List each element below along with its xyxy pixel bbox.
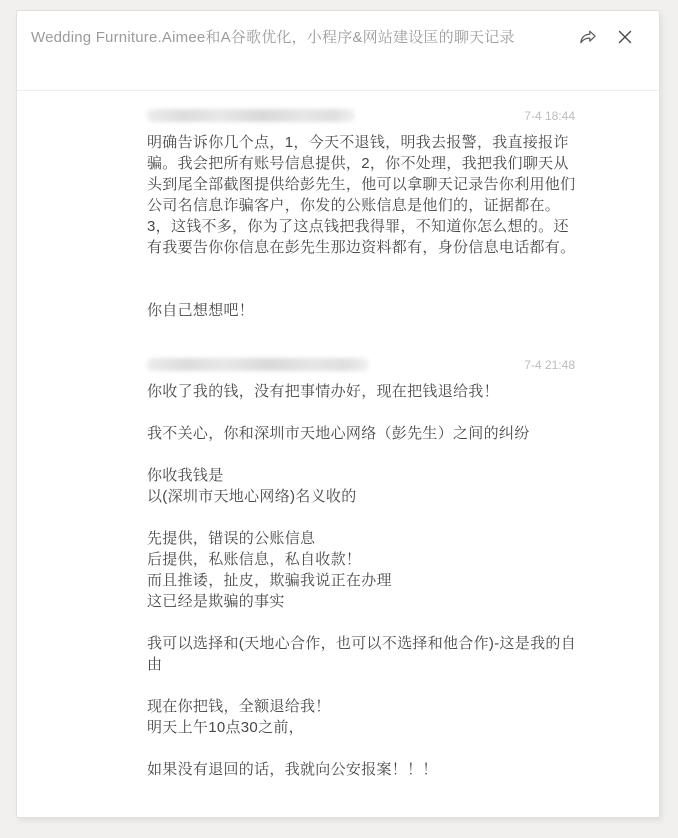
message-line: 头到尾全部截图提供给彭先生，他可以拿聊天记录告你利用他们 xyxy=(147,174,575,195)
message-line xyxy=(147,612,575,633)
title-bar-actions xyxy=(577,27,635,47)
chat-message: 7-4 18:44 明确告诉你几个点，1，今天不退钱，明我去报警，我直接报诈骗。… xyxy=(147,108,575,321)
message-header: 7-4 18:44 xyxy=(147,108,575,123)
message-timestamp: 7-4 18:44 xyxy=(524,109,575,123)
message-line: 以(深圳市天地心网络)名义收的 xyxy=(147,486,575,507)
sender-name-redacted xyxy=(147,109,355,122)
forward-arrow-icon[interactable] xyxy=(577,27,597,47)
window-title: Wedding Furniture.Aimee和A谷歌优化，小程序&网站建设匡的… xyxy=(31,26,515,47)
message-line: 有我要告你你信息在彭先生那边资料都有，身份信息电话都有。 xyxy=(147,237,575,258)
chat-record-window: Wedding Furniture.Aimee和A谷歌优化，小程序&网站建设匡的… xyxy=(16,10,660,818)
message-line: 现在你把钱，全额退给我！ xyxy=(147,696,575,717)
message-line xyxy=(147,402,575,423)
message-line: 我不关心，你和深圳市天地心网络（彭先生）之间的纠纷 xyxy=(147,423,575,444)
message-line: 这已经是欺骗的事实 xyxy=(147,591,575,612)
title-bar: Wedding Furniture.Aimee和A谷歌优化，小程序&网站建设匡的… xyxy=(17,11,659,91)
close-icon[interactable] xyxy=(615,27,635,47)
message-line: 3，这钱不多，你为了这点钱把我得罪，不知道你怎么想的。还 xyxy=(147,216,575,237)
message-line xyxy=(147,738,575,759)
message-body: 明确告诉你几个点，1，今天不退钱，明我去报警，我直接报诈骗。我会把所有账号信息提… xyxy=(147,132,575,321)
message-line xyxy=(147,444,575,465)
message-line: 明确告诉你几个点，1，今天不退钱，明我去报警，我直接报诈 xyxy=(147,132,575,153)
message-body: 你收了我的钱，没有把事情办好，现在把钱退给我！ 我不关心，你和深圳市天地心网络（… xyxy=(147,381,575,780)
message-line: 公司名信息诈骗客户，你发的公账信息是他们的，证据都在。 xyxy=(147,195,575,216)
message-line: 骗。我会把所有账号信息提供，2，你不处理，我把我们聊天从 xyxy=(147,153,575,174)
message-line: 后提供，私账信息，私自收款！ xyxy=(147,549,575,570)
message-line: 由 xyxy=(147,654,575,675)
message-line: 先提供，错误的公账信息 xyxy=(147,528,575,549)
message-line xyxy=(147,258,575,279)
message-line: 你收我钱是 xyxy=(147,465,575,486)
message-line: 如果没有退回的话，我就向公安报案！！！ xyxy=(147,759,575,780)
message-line: 而且推诿，扯皮，欺骗我说正在办理 xyxy=(147,570,575,591)
message-header: 7-4 21:48 xyxy=(147,357,575,372)
message-line xyxy=(147,507,575,528)
message-line xyxy=(147,675,575,696)
message-timestamp: 7-4 21:48 xyxy=(524,358,575,372)
chat-content[interactable]: 7-4 18:44 明确告诉你几个点，1，今天不退钱，明我去报警，我直接报诈骗。… xyxy=(17,91,659,818)
message-line: 你自己想想吧！ xyxy=(147,300,575,321)
message-line: 明天上午10点30之前， xyxy=(147,717,575,738)
message-line: 我可以选择和(天地心合作，也可以不选择和他合作)-这是我的自 xyxy=(147,633,575,654)
message-line xyxy=(147,279,575,300)
sender-name-redacted xyxy=(147,358,369,371)
chat-message: 7-4 21:48 你收了我的钱，没有把事情办好，现在把钱退给我！ 我不关心，你… xyxy=(147,357,575,780)
message-line: 你收了我的钱，没有把事情办好，现在把钱退给我！ xyxy=(147,381,575,402)
